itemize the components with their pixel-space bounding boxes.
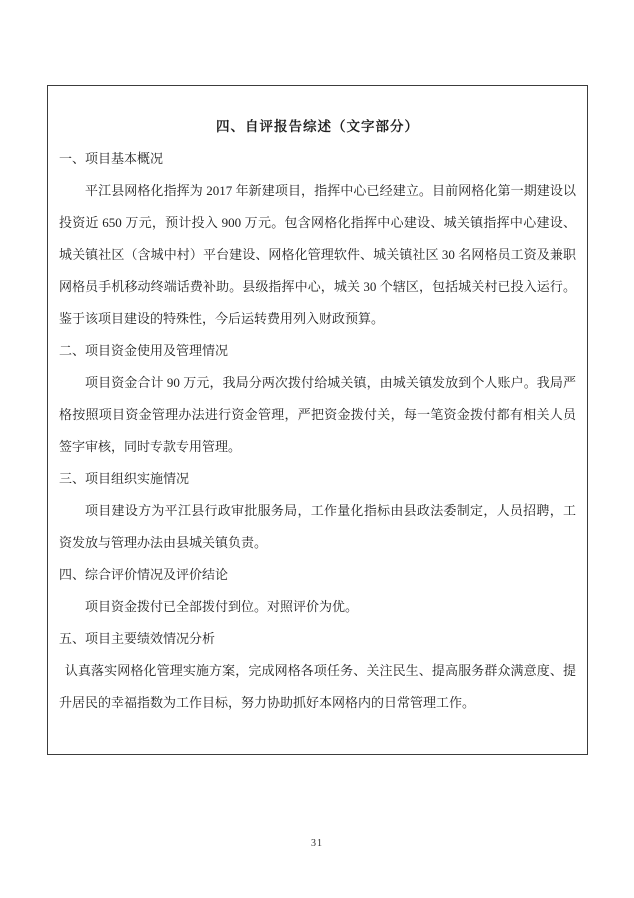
document-page: 四、自评报告综述（文字部分） 一、项目基本概况 平江县网格化指挥为 2017 年… bbox=[0, 0, 634, 898]
section-evaluation-conclusion: 四、综合评价情况及评价结论 项目资金拨付已全部拨付到位。对照评价为优。 bbox=[59, 559, 576, 623]
section-organization: 三、项目组织实施情况 项目建设方为平江县行政审批服务局，工作量化指标由县政法委制… bbox=[59, 463, 576, 559]
section-paragraph: 平江县网格化指挥为 2017 年新建项目，指挥中心已经建立。目前网格化第一期建设… bbox=[59, 175, 576, 335]
section-heading: 五、项目主要绩效情况分析 bbox=[59, 623, 576, 655]
section-heading: 四、综合评价情况及评价结论 bbox=[59, 559, 576, 591]
section-paragraph: 项目资金拨付已全部拨付到位。对照评价为优。 bbox=[59, 591, 576, 623]
section-basic-overview: 一、项目基本概况 平江县网格化指挥为 2017 年新建项目，指挥中心已经建立。目… bbox=[59, 143, 576, 335]
report-box: 四、自评报告综述（文字部分） 一、项目基本概况 平江县网格化指挥为 2017 年… bbox=[47, 85, 588, 755]
section-paragraph: 项目建设方为平江县行政审批服务局，工作量化指标由县政法委制定，人员招聘，工资发放… bbox=[59, 495, 576, 559]
section-heading: 一、项目基本概况 bbox=[59, 143, 576, 175]
section-paragraph: 项目资金合计 90 万元，我局分两次拨付给城关镇，由城关镇发放到个人账户。我局严… bbox=[59, 367, 576, 463]
section-paragraph: 认真落实网格化管理实施方案，完成网格各项任务、关注民生、提高服务群众满意度、提升… bbox=[59, 655, 576, 719]
section-heading: 三、项目组织实施情况 bbox=[59, 463, 576, 495]
report-title: 四、自评报告综述（文字部分） bbox=[59, 111, 576, 143]
section-funds-usage: 二、项目资金使用及管理情况 项目资金合计 90 万元，我局分两次拨付给城关镇，由… bbox=[59, 335, 576, 463]
section-performance-analysis: 五、项目主要绩效情况分析 认真落实网格化管理实施方案，完成网格各项任务、关注民生… bbox=[59, 623, 576, 719]
page-number: 31 bbox=[0, 838, 634, 849]
section-heading: 二、项目资金使用及管理情况 bbox=[59, 335, 576, 367]
